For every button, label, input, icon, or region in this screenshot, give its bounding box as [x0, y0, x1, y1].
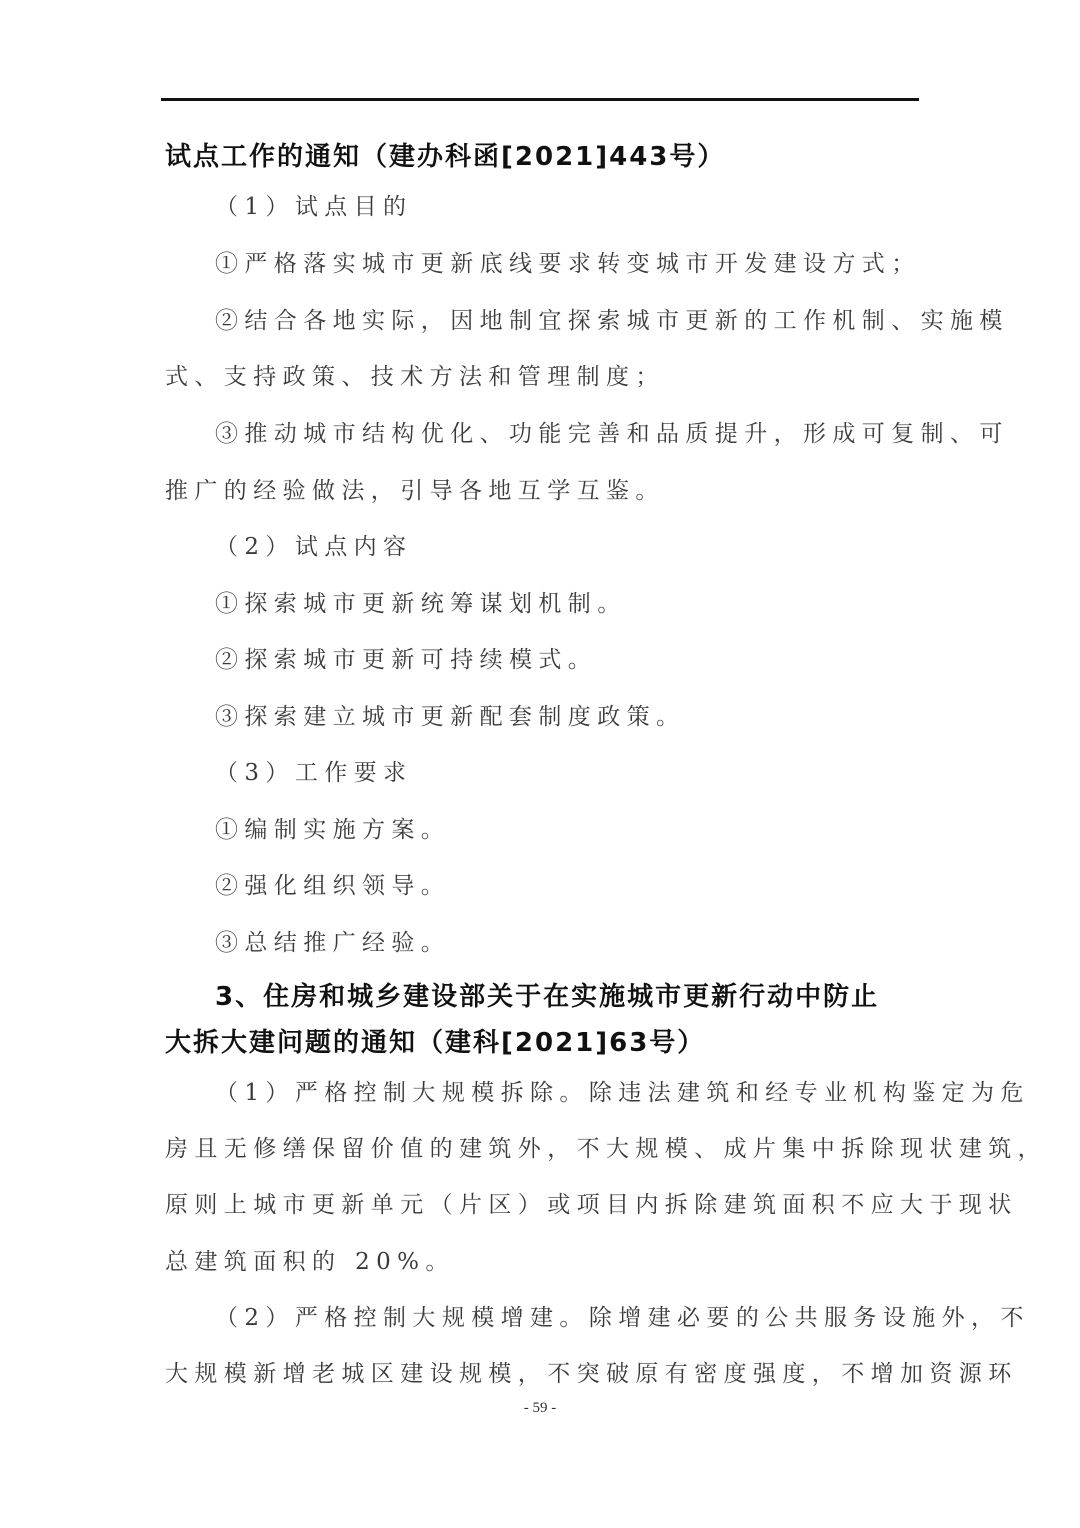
heading-3: 3、住房和城乡建设部关于在实施城市更新行动中防止: [215, 982, 879, 1012]
section-2-title: （2）试点内容: [215, 532, 412, 562]
paragraph-line: 房且无修缮保留价值的建筑外，不大规模、成片集中拆除现状建筑，: [165, 1134, 1047, 1164]
paragraph-line: （1）严格控制大规模拆除。除违法建筑和经专业机构鉴定为危: [215, 1078, 1030, 1108]
list-item: ②探索城市更新可持续模式。: [215, 645, 597, 675]
paragraph-line: 大规模新增老城区建设规模，不突破原有密度强度，不增加资源环: [165, 1359, 1018, 1389]
list-item: ②结合各地实际，因地制宜探索城市更新的工作机制、实施模: [215, 306, 1009, 336]
list-item: ③探索建立城市更新配套制度政策。: [215, 702, 685, 732]
list-item: 式、支持政策、技术方法和管理制度；: [165, 362, 665, 392]
list-item: ③推动城市结构优化、功能完善和品质提升，形成可复制、可: [215, 419, 1009, 449]
heading-3-cont: 大拆大建问题的通知（建科[2021]63号）: [165, 1028, 705, 1058]
list-item: 推广的经验做法，引导各地互学互鉴。: [165, 476, 665, 506]
list-item: ①严格落实城市更新底线要求转变城市开发建设方式；: [215, 249, 921, 279]
list-item: ①探索城市更新统筹谋划机制。: [215, 589, 627, 619]
paragraph-line: 原则上城市更新单元（片区）或项目内拆除建筑面积不应大于现状: [165, 1190, 1018, 1220]
header-rule: [161, 98, 919, 101]
list-item: ①编制实施方案。: [215, 815, 450, 845]
paragraph-line: （2）严格控制大规模增建。除增建必要的公共服务设施外，不: [215, 1303, 1030, 1333]
heading-continuation: 试点工作的通知（建办科函[2021]443号）: [165, 142, 725, 172]
section-3-title: （3）工作要求: [215, 758, 412, 788]
list-item: ③总结推广经验。: [215, 928, 450, 958]
list-item: ②强化组织领导。: [215, 871, 450, 901]
page-number: - 59 -: [0, 1400, 1080, 1417]
section-1-title: （1）试点目的: [215, 192, 412, 222]
paragraph-line: 总建筑面积的 20%。: [165, 1247, 455, 1277]
